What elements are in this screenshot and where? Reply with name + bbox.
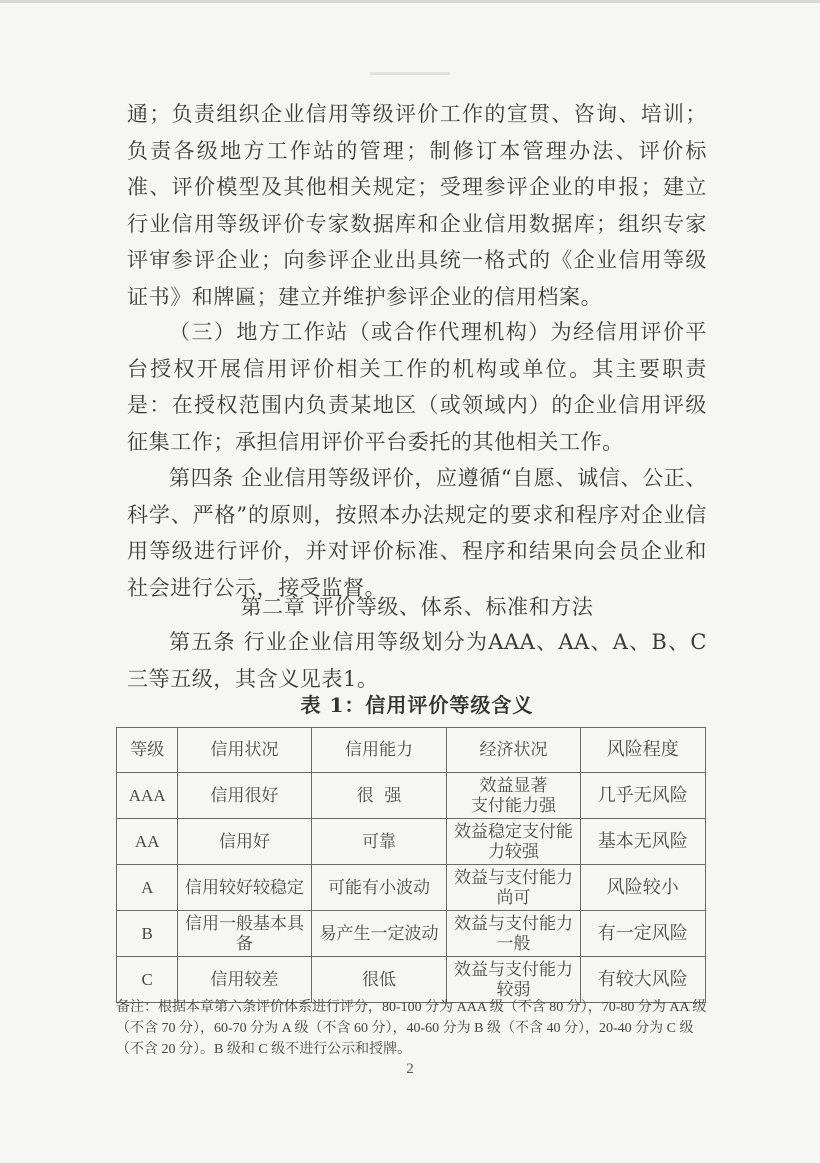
table-note: 备注：根据本章第六条评价体系进行评分，80-100 分为 AAA 级（不含 80… bbox=[116, 997, 716, 1060]
chapter-title: 第二章 评价等级、体系、标准和方法 bbox=[127, 589, 707, 625]
cell-credit-ability: 易产生一定波动 bbox=[311, 911, 447, 957]
cell-risk-level: 风险较小 bbox=[580, 865, 705, 911]
cell-risk-level: 有一定风险 bbox=[580, 911, 705, 957]
table-row: B 信用一般基本具备 易产生一定波动 效益与支付能力一般 有一定风险 bbox=[117, 911, 706, 957]
cell-risk-level: 基本无风险 bbox=[580, 819, 705, 865]
cell-risk-level: 有较大风险 bbox=[580, 957, 705, 1003]
header-risk-level: 风险程度 bbox=[580, 728, 705, 773]
cell-credit-ability: 很 强 bbox=[311, 773, 447, 819]
page-number: 2 bbox=[0, 1061, 820, 1078]
table-row: C 信用较差 很低 效益与支付能力较弱 有较大风险 bbox=[117, 957, 706, 1003]
cell-economic-status: 效益稳定支付能力较强 bbox=[447, 819, 580, 865]
table-row: A 信用较好较稳定 可能有小波动 效益与支付能力尚可 风险较小 bbox=[117, 865, 706, 911]
table-title: 表 1：信用评价等级含义 bbox=[127, 690, 707, 720]
header-grade: 等级 bbox=[117, 728, 178, 773]
cell-credit-status: 信用一般基本具备 bbox=[178, 911, 311, 957]
paragraph-article-4: 第四条 企业信用等级评价，应遵循“自愿、诚信、公正、科学、严格”的原则，按照本办… bbox=[127, 460, 707, 606]
cell-grade: B bbox=[117, 911, 178, 957]
cell-economic-status: 效益与支付能力较弱 bbox=[447, 957, 580, 1003]
cell-grade: AAA bbox=[117, 773, 178, 819]
paragraph-responsibilities: 通；负责组织企业信用等级评价工作的宣贯、咨询、培训；负责各级地方工作站的管理；制… bbox=[127, 96, 707, 315]
cell-grade: C bbox=[117, 957, 178, 1003]
document-page: 通；负责组织企业信用等级评价工作的宣贯、咨询、培训；负责各级地方工作站的管理；制… bbox=[0, 0, 820, 1163]
paragraph-article-5: 第五条 行业企业信用等级划分为AAA、AA、A、B、C 三等五级，其含义见表1。 bbox=[127, 624, 707, 697]
header-credit-status: 信用状况 bbox=[178, 728, 311, 773]
cell-grade: AA bbox=[117, 819, 178, 865]
scan-edge bbox=[0, 0, 820, 3]
cell-economic-status: 效益与支付能力一般 bbox=[447, 911, 580, 957]
table-row: AAA 信用很好 很 强 效益显著 支付能力强 几乎无风险 bbox=[117, 773, 706, 819]
cell-credit-status: 信用较好较稳定 bbox=[178, 865, 311, 911]
table-row: AA 信用好 可靠 效益稳定支付能力较强 基本无风险 bbox=[117, 819, 706, 865]
cell-credit-status: 信用很好 bbox=[178, 773, 311, 819]
cell-risk-level: 几乎无风险 bbox=[580, 773, 705, 819]
credit-grade-table: 等级 信用状况 信用能力 经济状况 风险程度 AAA 信用很好 很 强 效益显著… bbox=[116, 727, 706, 1003]
cell-economic-status: 效益与支付能力尚可 bbox=[447, 865, 580, 911]
cell-credit-status: 信用较差 bbox=[178, 957, 311, 1003]
cell-grade: A bbox=[117, 865, 178, 911]
cell-economic-status: 效益显著 支付能力强 bbox=[447, 773, 580, 819]
scan-mark bbox=[370, 72, 450, 75]
header-economic-status: 经济状况 bbox=[447, 728, 580, 773]
header-credit-ability: 信用能力 bbox=[311, 728, 447, 773]
cell-credit-ability: 可能有小波动 bbox=[311, 865, 447, 911]
table-header-row: 等级 信用状况 信用能力 经济状况 风险程度 bbox=[117, 728, 706, 773]
paragraph-local-stations: （三）地方工作站（或合作代理机构）为经信用评价平台授权开展信用评价相关工作的机构… bbox=[127, 314, 707, 460]
cell-credit-ability: 可靠 bbox=[311, 819, 447, 865]
cell-credit-status: 信用好 bbox=[178, 819, 311, 865]
cell-credit-ability: 很低 bbox=[311, 957, 447, 1003]
